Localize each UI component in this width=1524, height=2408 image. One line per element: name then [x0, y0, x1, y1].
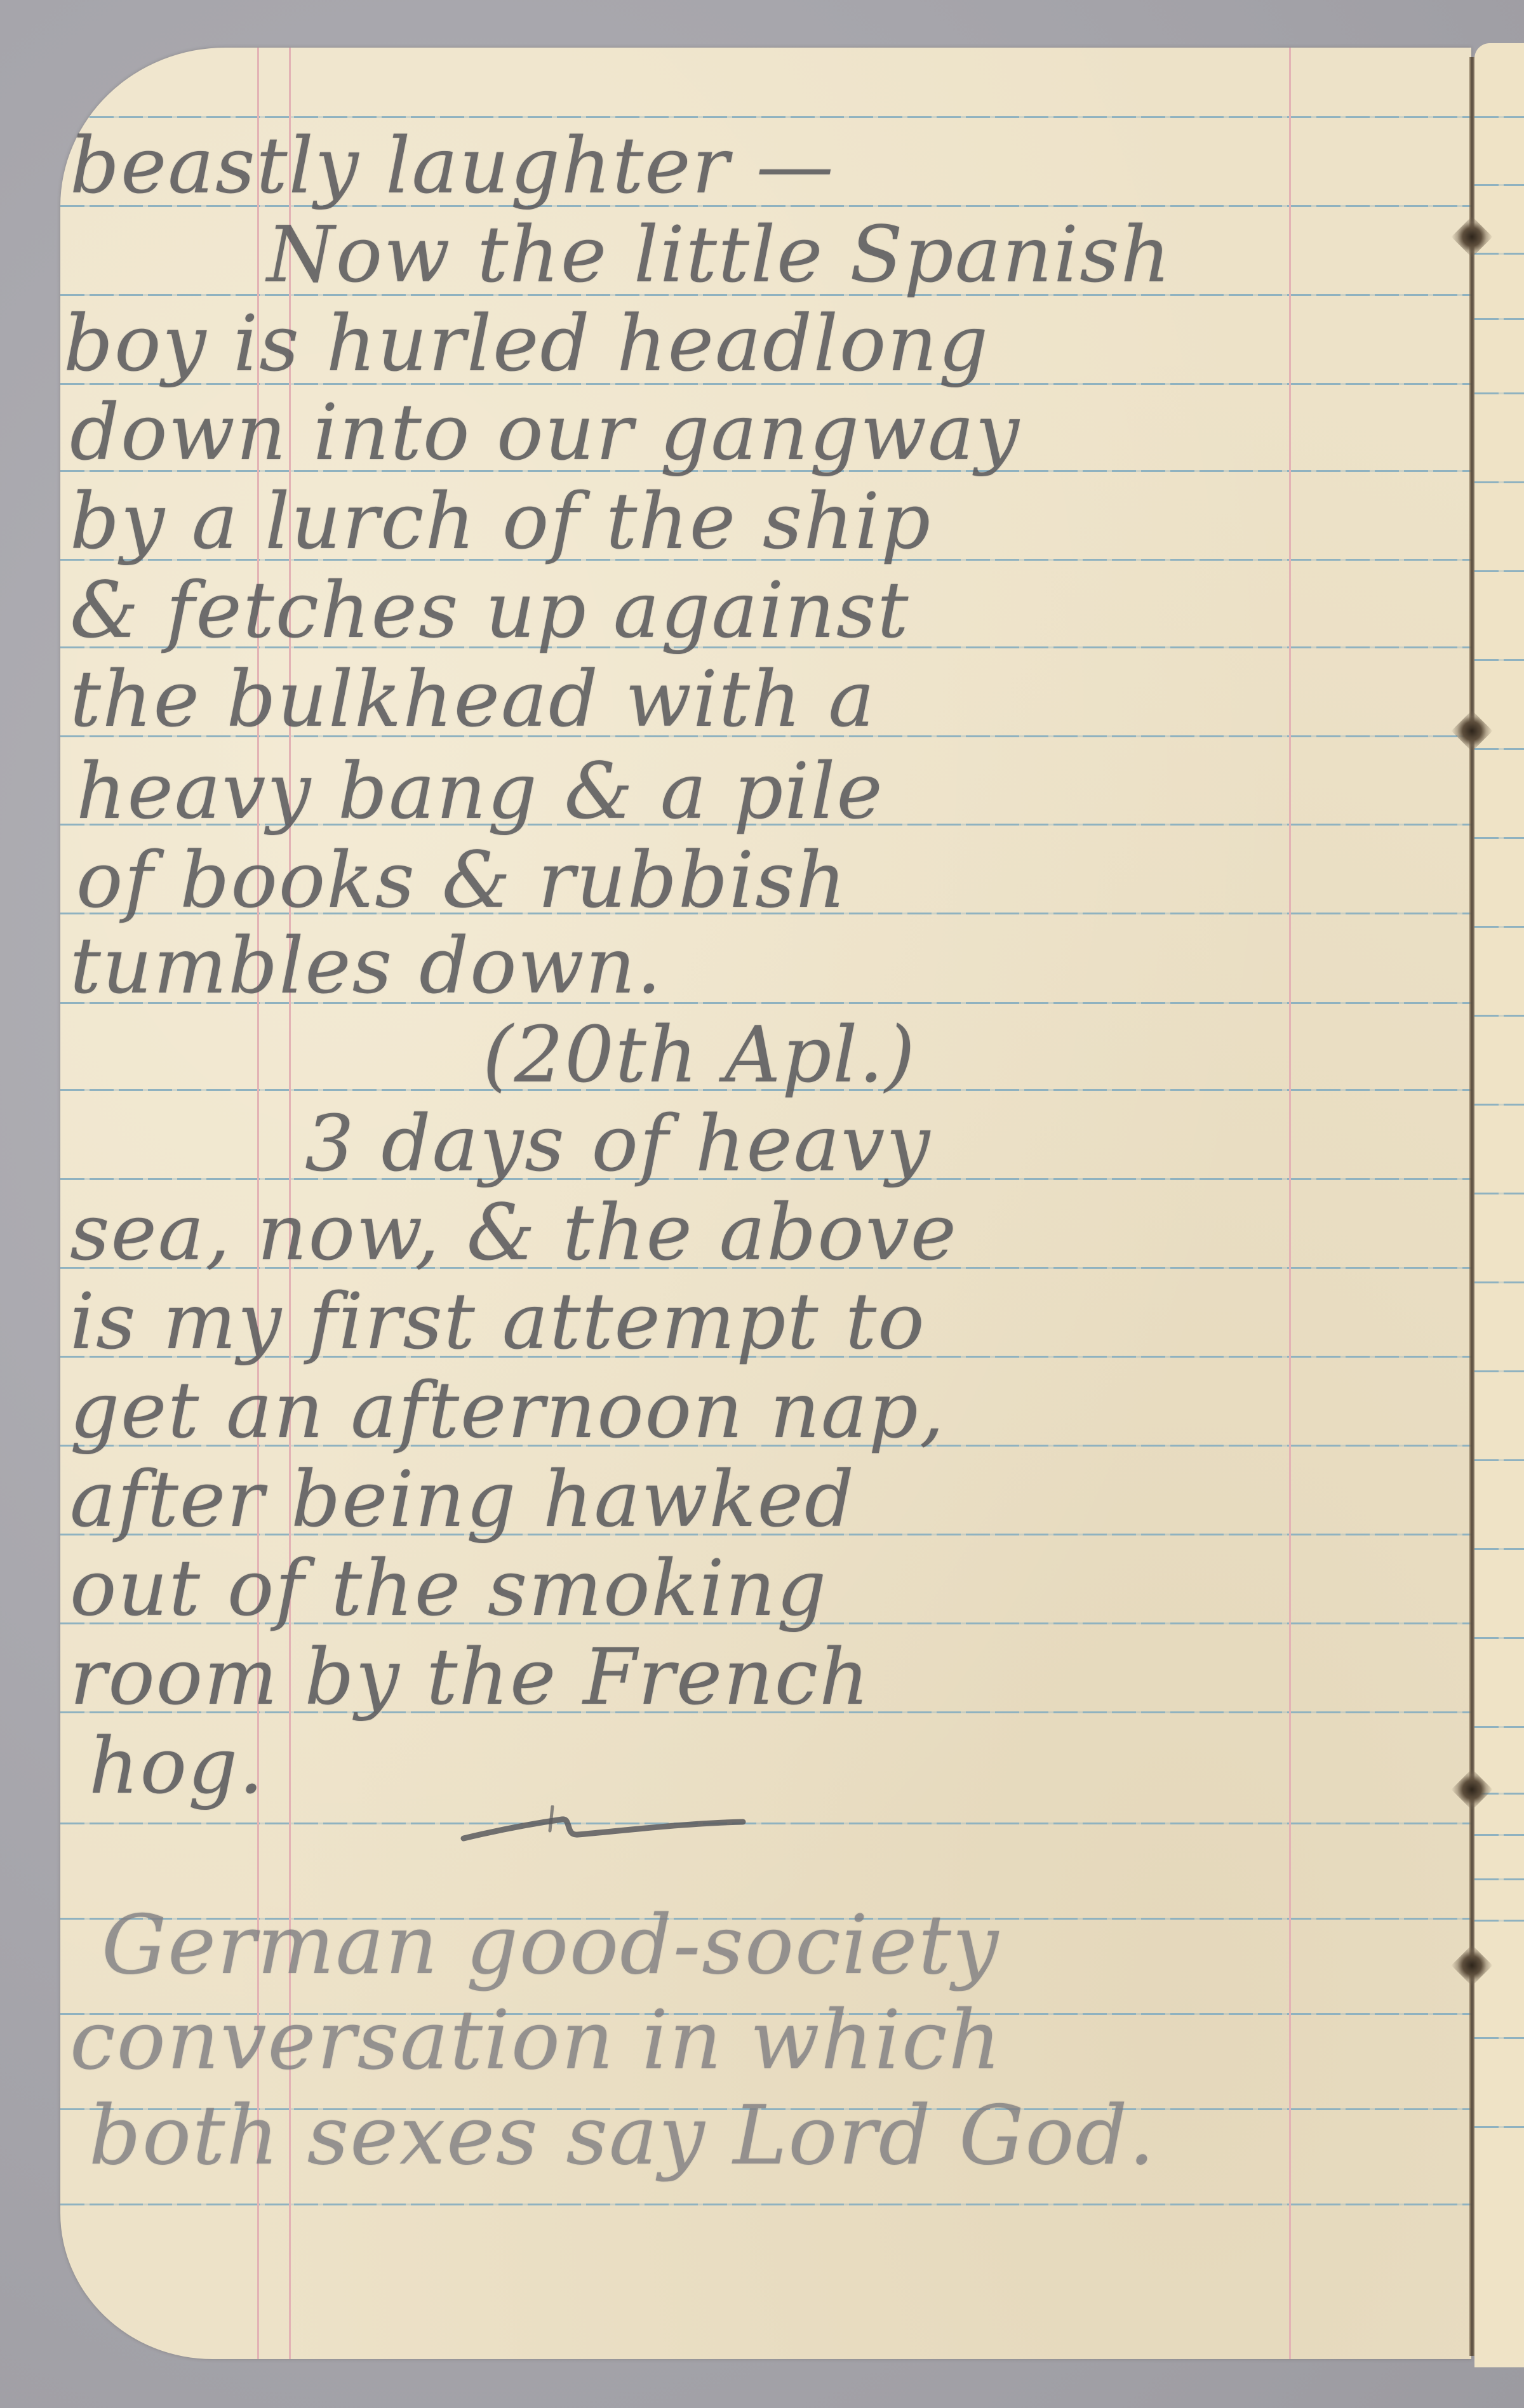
ruled-line — [1474, 1834, 1524, 1836]
ruled-line — [1474, 2126, 1524, 2128]
handwritten-line: & fetches up against — [70, 572, 910, 649]
ruled-line — [1474, 1878, 1524, 1880]
ruled-line — [1474, 1726, 1524, 1728]
flourish-separator-icon — [457, 1805, 749, 1850]
ruled-line — [1474, 318, 1524, 320]
ruled-line — [1474, 926, 1524, 928]
ruled-line — [1474, 1193, 1524, 1194]
ruled-line — [1474, 184, 1524, 186]
handwritten-line: room by the French — [70, 1638, 871, 1716]
handwritten-line: down into our gangway — [70, 394, 1020, 471]
ruled-line — [1474, 659, 1524, 661]
ruled-line — [1474, 1370, 1524, 1372]
handwritten-line: after being hawked — [70, 1461, 855, 1538]
handwritten-line: Now the little Spanish — [267, 216, 1172, 293]
handwritten-line: out of the smoking — [70, 1549, 827, 1627]
handwritten-line: 3 days of heavy — [305, 1105, 931, 1182]
ruled-line — [1474, 748, 1524, 750]
handwritten-line: sea, now, & the above — [70, 1194, 958, 1271]
facing-page-edge — [1474, 43, 1524, 2367]
handwritten-line: get an afternoon nap, — [70, 1372, 946, 1449]
ruled-line — [1474, 2037, 1524, 2039]
ruled-line — [1474, 1104, 1524, 1106]
ruled-line — [1474, 837, 1524, 839]
ruled-line — [1474, 116, 1524, 118]
handwritten-line: is my first attempt to — [70, 1283, 926, 1360]
ruled-line — [60, 1823, 1471, 1824]
handwritten-line: beastly laughter — — [70, 127, 835, 204]
binding-gutter — [1469, 57, 1474, 2356]
ruled-line — [1474, 253, 1524, 255]
handwritten-note-line: conversation in which — [70, 2000, 1002, 2082]
ruled-line — [1474, 1920, 1524, 1922]
ruled-line — [1474, 1548, 1524, 1550]
handwritten-line: of books & rubbish — [76, 841, 847, 919]
handwritten-line: hog. — [89, 1727, 265, 1805]
ruled-line — [1474, 1015, 1524, 1017]
ruled-line — [1474, 392, 1524, 394]
ruled-line — [1474, 481, 1524, 483]
handwritten-note-line: both sexes say Lord God. — [89, 2096, 1156, 2177]
ruled-line — [60, 116, 1471, 118]
handwritten-line: heavy bang & a pile — [76, 752, 884, 830]
ruled-line — [1474, 570, 1524, 572]
handwritten-line: tumbles down. — [70, 927, 662, 1005]
margin-line-right — [1289, 48, 1291, 2359]
ruled-line — [1474, 1281, 1524, 1283]
handwritten-note-line: German good-society — [102, 1905, 999, 1986]
ruled-line — [60, 2204, 1471, 2205]
handwritten-line: boy is hurled headlong — [63, 305, 989, 382]
ruled-line — [1474, 1459, 1524, 1461]
handwritten-date: (20th Apl.) — [483, 1016, 916, 1094]
handwritten-line: the bulkhead with a — [70, 660, 876, 738]
handwritten-line: by a lurch of the ship — [70, 483, 932, 560]
ruled-line — [1474, 1637, 1524, 1639]
